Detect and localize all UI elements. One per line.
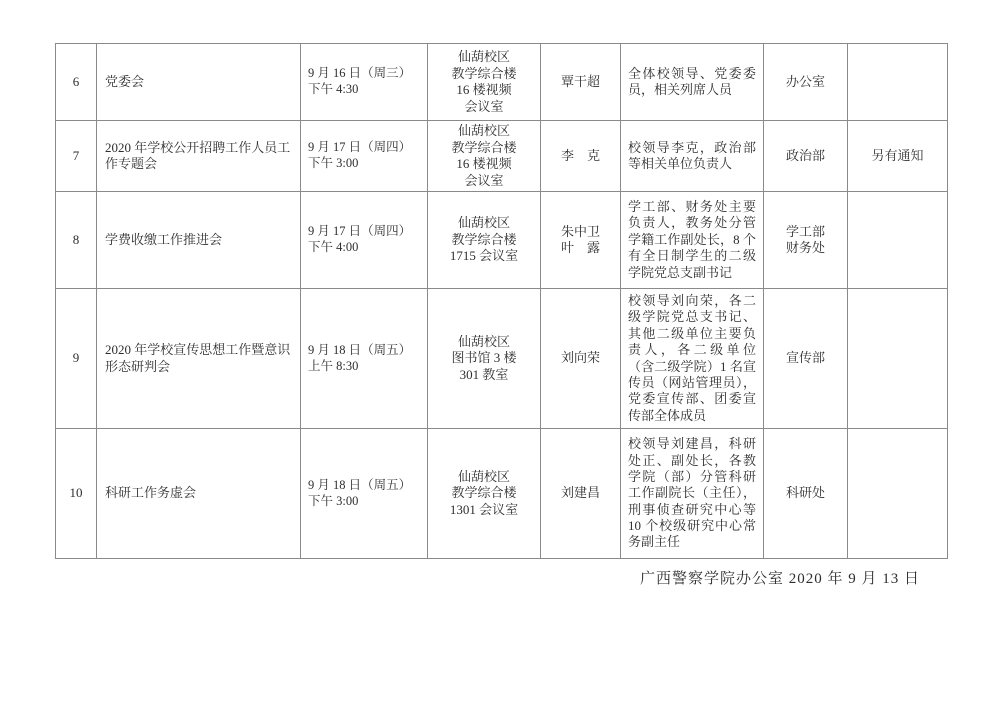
cell-meeting-attendees: 学工部、财务处主要负责人，教务处分管学籍工作副处长，8 个有全日制学生的二级学院… [621,192,764,289]
meeting-table-body: 6 党委会 9 月 16 日（周三） 下午 4:30 仙葫校区 教学综合楼 16… [56,44,948,559]
cell-remarks [848,44,948,121]
cell-meeting-time: 9 月 17 日（周四） 下午 3:00 [301,121,428,192]
cell-meeting-name: 学费收缴工作推进会 [97,192,301,289]
document-footer: 广西警察学院办公室 2020 年 9 月 13 日 [640,567,920,588]
cell-row-number: 7 [56,121,97,192]
cell-meeting-name: 2020 年学校公开招聘工作人员工作专题会 [97,121,301,192]
cell-meeting-time: 9 月 18 日（周五） 下午 3:00 [301,429,428,559]
meeting-schedule-table-wrap: 6 党委会 9 月 16 日（周三） 下午 4:30 仙葫校区 教学综合楼 16… [55,43,948,559]
cell-meeting-host: 刘建昌 [541,429,621,559]
cell-row-number: 6 [56,44,97,121]
cell-remarks: 另有通知 [848,121,948,192]
cell-remarks [848,192,948,289]
cell-meeting-time: 9 月 18 日（周五） 上午 8:30 [301,289,428,429]
cell-organizing-department: 宣传部 [764,289,848,429]
table-row: 10 科研工作务虚会 9 月 18 日（周五） 下午 3:00 仙葫校区 教学综… [56,429,948,559]
cell-meeting-host: 刘向荣 [541,289,621,429]
cell-meeting-attendees: 校领导刘向荣，各二级学院党总支书记、其他二级单位主要负责人，各二级单位（含二级学… [621,289,764,429]
cell-meeting-attendees: 校领导刘建昌，科研处正、副处长，各教学院（部）分管科研工作副院长（主任），刑事侦… [621,429,764,559]
meeting-schedule-table: 6 党委会 9 月 16 日（周三） 下午 4:30 仙葫校区 教学综合楼 16… [55,43,948,559]
table-row: 8 学费收缴工作推进会 9 月 17 日（周四） 下午 4:00 仙葫校区 教学… [56,192,948,289]
cell-organizing-department: 办公室 [764,44,848,121]
cell-meeting-location: 仙葫校区 教学综合楼 16 楼视频 会议室 [428,44,541,121]
cell-meeting-location: 仙葫校区 教学综合楼 1301 会议室 [428,429,541,559]
cell-meeting-location: 仙葫校区 教学综合楼 16 楼视频 会议室 [428,121,541,192]
cell-remarks [848,289,948,429]
cell-meeting-time: 9 月 17 日（周四） 下午 4:00 [301,192,428,289]
cell-row-number: 10 [56,429,97,559]
cell-meeting-attendees: 全体校领导、党委委员，相关列席人员 [621,44,764,121]
cell-row-number: 8 [56,192,97,289]
cell-meeting-host: 李 克 [541,121,621,192]
cell-organizing-department: 政治部 [764,121,848,192]
table-row: 7 2020 年学校公开招聘工作人员工作专题会 9 月 17 日（周四） 下午 … [56,121,948,192]
cell-organizing-department: 学工部 财务处 [764,192,848,289]
cell-meeting-location: 仙葫校区 教学综合楼 1715 会议室 [428,192,541,289]
document-page: 6 党委会 9 月 16 日（周三） 下午 4:30 仙葫校区 教学综合楼 16… [0,0,1000,707]
cell-meeting-time: 9 月 16 日（周三） 下午 4:30 [301,44,428,121]
cell-meeting-name: 党委会 [97,44,301,121]
cell-meeting-host: 覃干超 [541,44,621,121]
cell-organizing-department: 科研处 [764,429,848,559]
table-row: 6 党委会 9 月 16 日（周三） 下午 4:30 仙葫校区 教学综合楼 16… [56,44,948,121]
cell-meeting-host: 朱中卫 叶 露 [541,192,621,289]
cell-meeting-name: 2020 年学校宣传思想工作暨意识形态研判会 [97,289,301,429]
cell-meeting-attendees: 校领导李克，政治部等相关单位负责人 [621,121,764,192]
cell-remarks [848,429,948,559]
cell-row-number: 9 [56,289,97,429]
cell-meeting-location: 仙葫校区 图书馆 3 楼 301 教室 [428,289,541,429]
table-row: 9 2020 年学校宣传思想工作暨意识形态研判会 9 月 18 日（周五） 上午… [56,289,948,429]
cell-meeting-name: 科研工作务虚会 [97,429,301,559]
